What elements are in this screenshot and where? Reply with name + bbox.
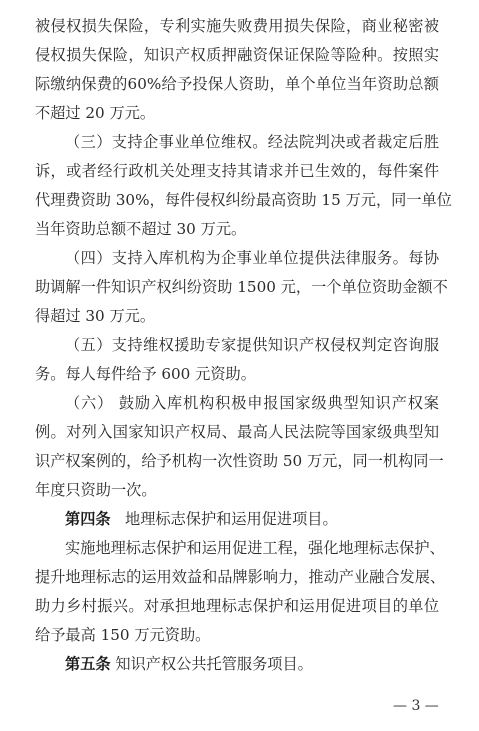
article-title: 地理标志保护和运用促进项目。	[125, 510, 338, 528]
document-page: 被侵权损失保险，专利实施失败费用损失保险，商业秘密被 侵权损失保险，知识产权质押…	[0, 0, 479, 731]
text-line: 诉，或者经行政机关处理支持其请求并已生效的，每件案件	[35, 160, 439, 182]
article-5-heading: 第五条 知识产权公共托管服务项目。	[65, 653, 439, 675]
text-line: 务。每人每件给予 600 元资助。	[35, 363, 439, 385]
text-line: 被侵权损失保险，专利实施失败费用损失保险，商业秘密被	[35, 15, 439, 37]
page-number: — 3 —	[393, 697, 439, 715]
text-line: 际缴纳保费的60%给予投保人资助，单个单位当年资助总额	[35, 73, 439, 95]
text-line: （六） 鼓励入库机构积极申报国家级典型知识产权案	[65, 392, 439, 414]
text-line: 例。对列入国家知识产权局、最高人民法院等国家级典型知	[35, 421, 439, 443]
text-line: 侵权损失保险，知识产权质押融资保证保险等险种。按照实	[35, 44, 439, 66]
text-line: 提升地理标志的运用效益和品牌影响力，推动产业融合发展、	[35, 566, 439, 588]
text-line: 识产权案例的，给予机构一次性资助 50 万元，同一机构同一	[35, 450, 439, 472]
text-line: （四）支持入库机构为企事业单位提供法律服务。每协	[65, 247, 439, 269]
text-line: 得超过 30 万元。	[35, 305, 439, 327]
text-line: 实施地理标志保护和运用促进工程，强化地理标志保护、	[65, 537, 439, 559]
text-line: （三）支持企事业单位维权。经法院判决或者裁定后胜	[65, 131, 439, 153]
text-line: 助调解一件知识产权纠纷资助 1500 元，一个单位资助金额不	[35, 276, 439, 298]
article-number: 第五条	[65, 655, 111, 673]
text-line: 助力乡村振兴。对承担地理标志保护和运用促进项目的单位	[35, 595, 439, 617]
text-line: 年度只资助一次。	[35, 479, 439, 501]
text-line: （五）支持维权援助专家提供知识产权侵权判定咨询服	[65, 334, 439, 356]
text-line: 代理费资助 30%，每件侵权纠纷最高资助 15 万元，同一单位	[35, 189, 439, 211]
article-4-heading: 第四条 地理标志保护和运用促进项目。	[65, 508, 439, 530]
text-line: 给予最高 150 万元资助。	[35, 624, 439, 646]
text-line: 当年资助总额不超过 30 万元。	[35, 218, 439, 240]
article-number: 第四条	[65, 510, 111, 528]
text-line: 不超过 20 万元。	[35, 102, 439, 124]
article-title: 知识产权公共托管服务项目。	[115, 655, 312, 673]
